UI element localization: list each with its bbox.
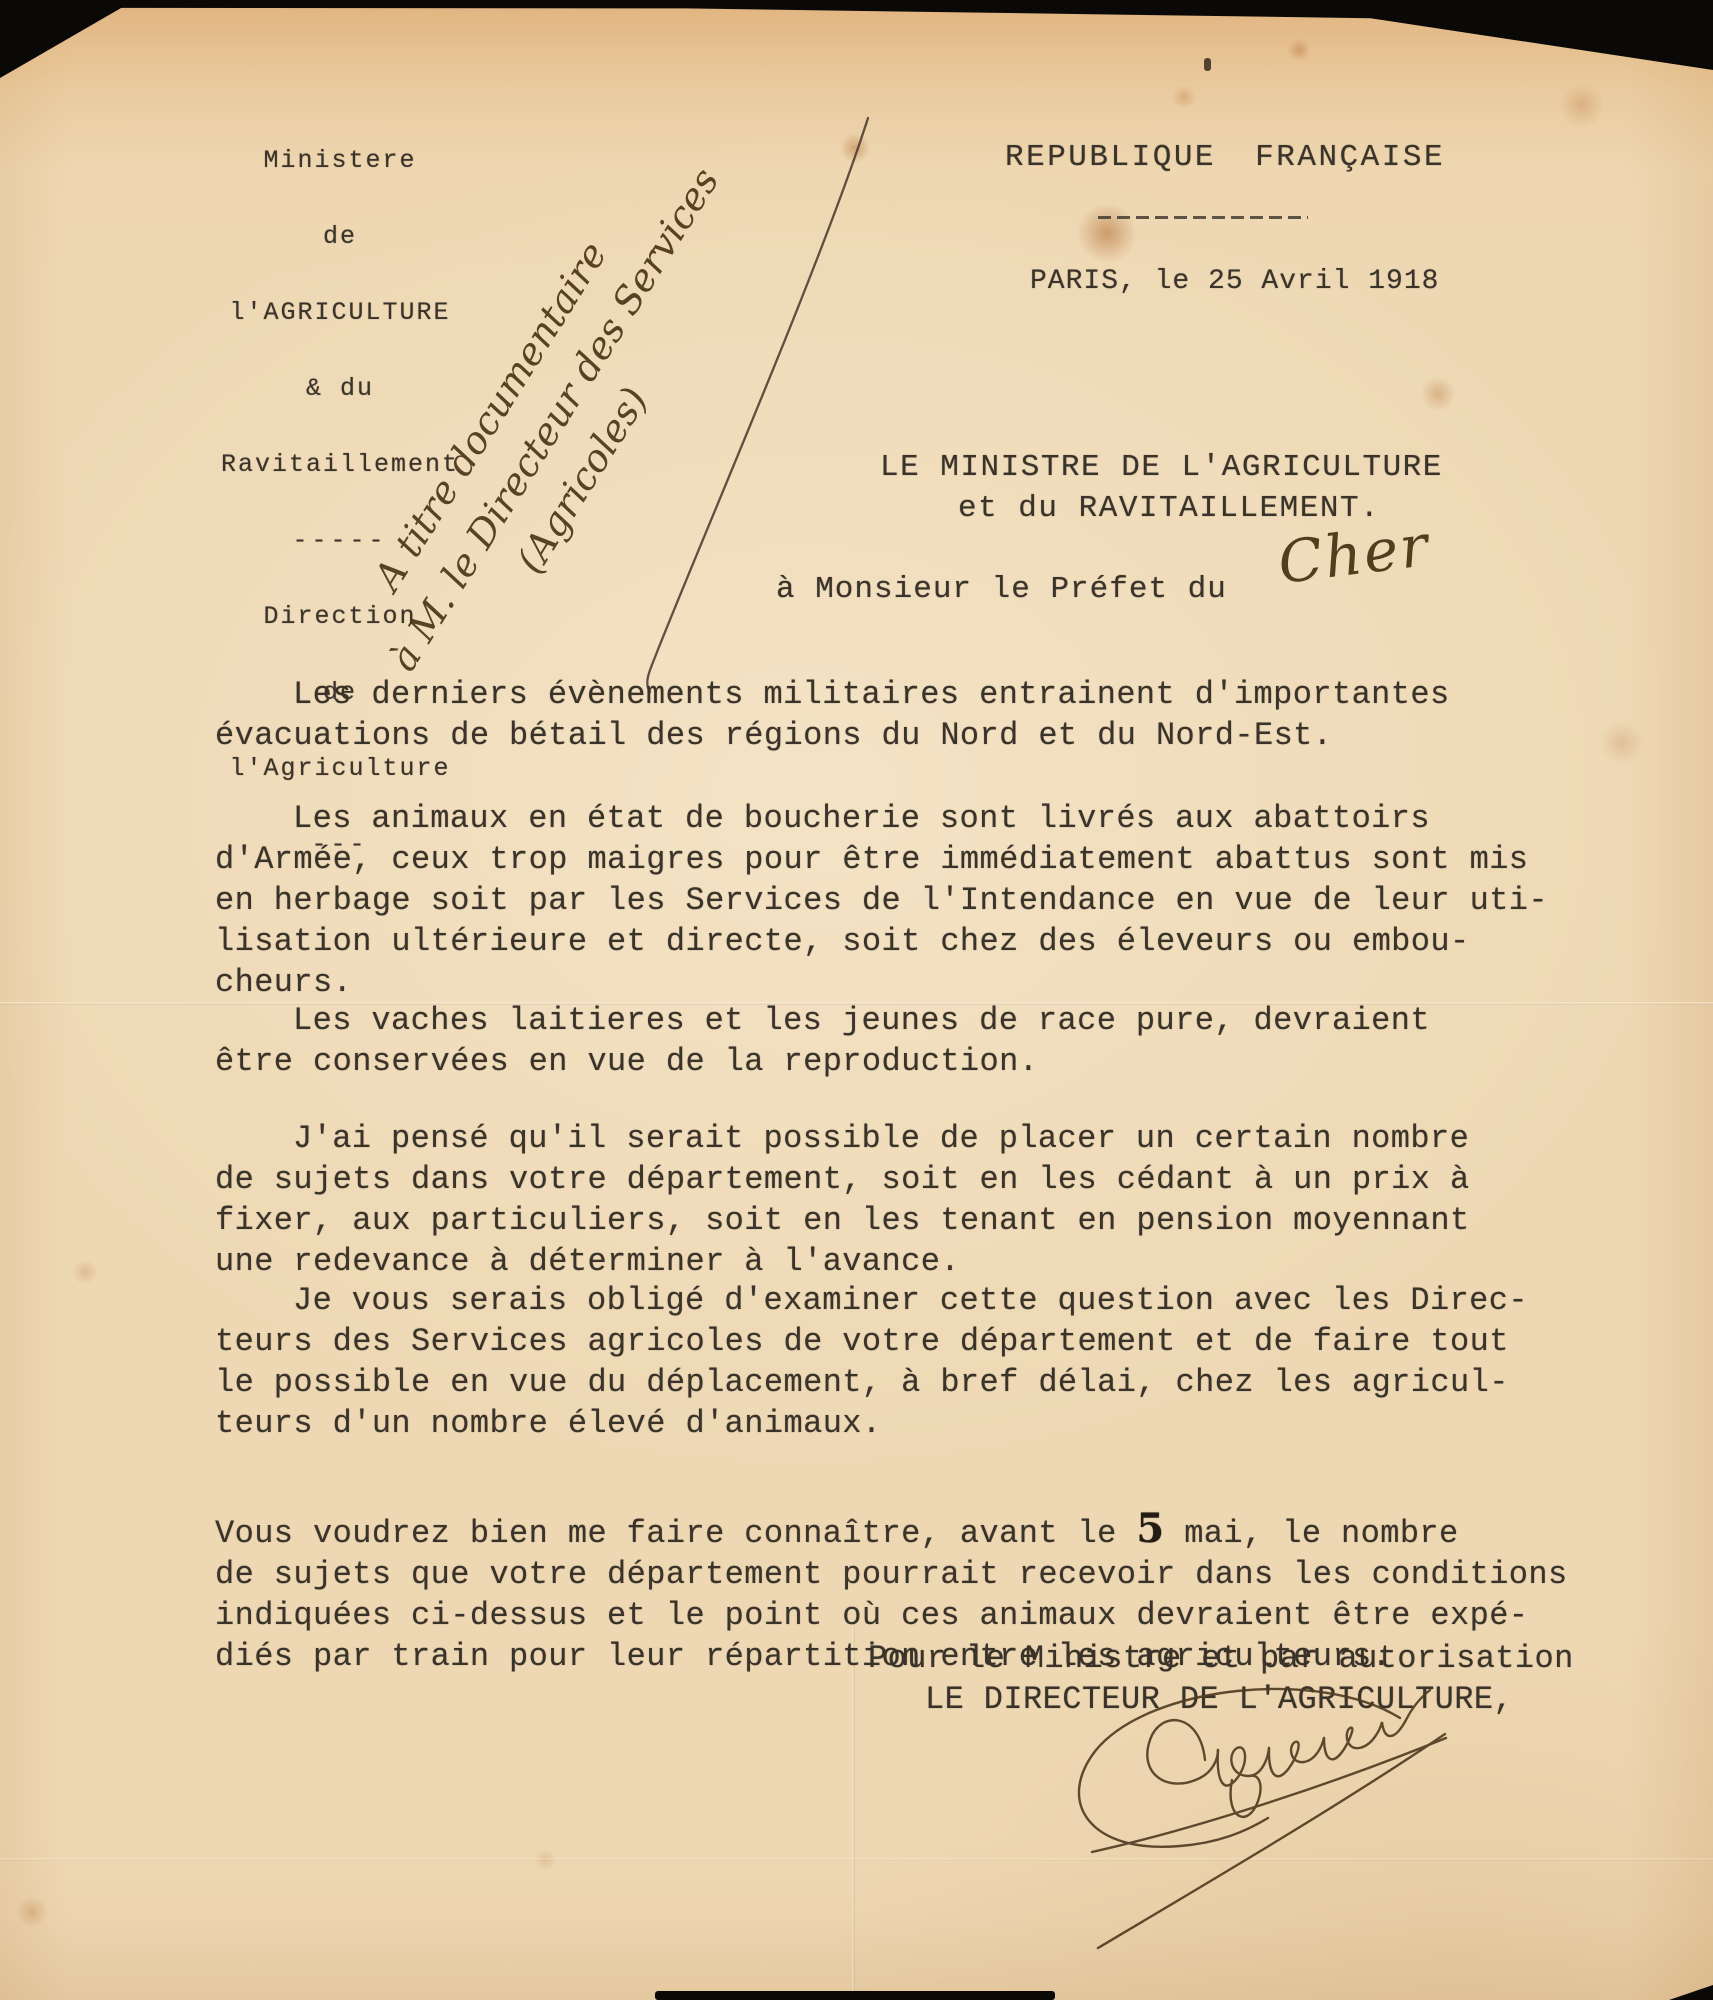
sender-line: et du RAVITAILLEMENT.	[958, 491, 1380, 526]
dateline: PARIS, le 25 Avril 1918	[1030, 266, 1439, 297]
body-paragraph: J'ai pensé qu'il serait possible de plac…	[215, 1118, 1595, 1282]
photo-edge	[1669, 1985, 1713, 2000]
letter-paper: Ministere de l'AGRICULTURE & du Ravitail…	[0, 0, 1713, 2000]
letterhead-line: de	[175, 218, 505, 256]
stain	[14, 1896, 50, 1928]
republic-heading: REPUBLIQUE FRANÇAISE	[1005, 140, 1445, 175]
republic-underline	[1098, 216, 1308, 219]
stain	[1596, 720, 1648, 766]
letterhead-line: l'AGRICULTURE	[175, 294, 505, 332]
sender-line: LE MINISTRE DE L'AGRICULTURE	[880, 450, 1443, 485]
photo-edge	[0, 0, 1713, 70]
handwritten-date-number: 5	[1136, 1505, 1164, 1552]
body-paragraph: Les vaches laitieres et les jeunes de ra…	[215, 1000, 1595, 1082]
stain	[838, 132, 872, 164]
stain	[1418, 376, 1458, 412]
stain	[70, 1258, 100, 1286]
letterhead-line: Ministere	[175, 142, 505, 180]
paragraph-text: Vous voudrez bien me faire connaître, av…	[215, 1515, 1136, 1552]
photo-edge	[655, 1991, 1055, 2000]
fold-crease	[852, 1620, 855, 2000]
stain	[1286, 38, 1312, 62]
stain	[1170, 84, 1198, 110]
document-photo: Ministere de l'AGRICULTURE & du Ravitail…	[0, 0, 1713, 2000]
body-paragraph: Les derniers évènements militaires entra…	[215, 674, 1595, 756]
photo-edge	[0, 0, 135, 78]
closing-line: LE DIRECTEUR DE L'AGRICULTURE,	[925, 1681, 1513, 1718]
stain	[532, 1848, 558, 1872]
paragraph-text: mai, le nombre	[1165, 1515, 1459, 1552]
closing-line: Pour le Ministre et par autorisation	[868, 1640, 1574, 1677]
stain	[1556, 82, 1608, 128]
letterhead-line: & du	[175, 370, 505, 408]
ink-speck	[1204, 58, 1211, 71]
stain	[1072, 202, 1142, 264]
fold-crease	[0, 1858, 1713, 1861]
body-paragraph: Je vous serais obligé d'examiner cette q…	[215, 1280, 1595, 1444]
body-paragraph: Les animaux en état de boucherie sont li…	[215, 798, 1595, 1003]
addressee-line: à Monsieur le Préfet du	[776, 572, 1227, 607]
